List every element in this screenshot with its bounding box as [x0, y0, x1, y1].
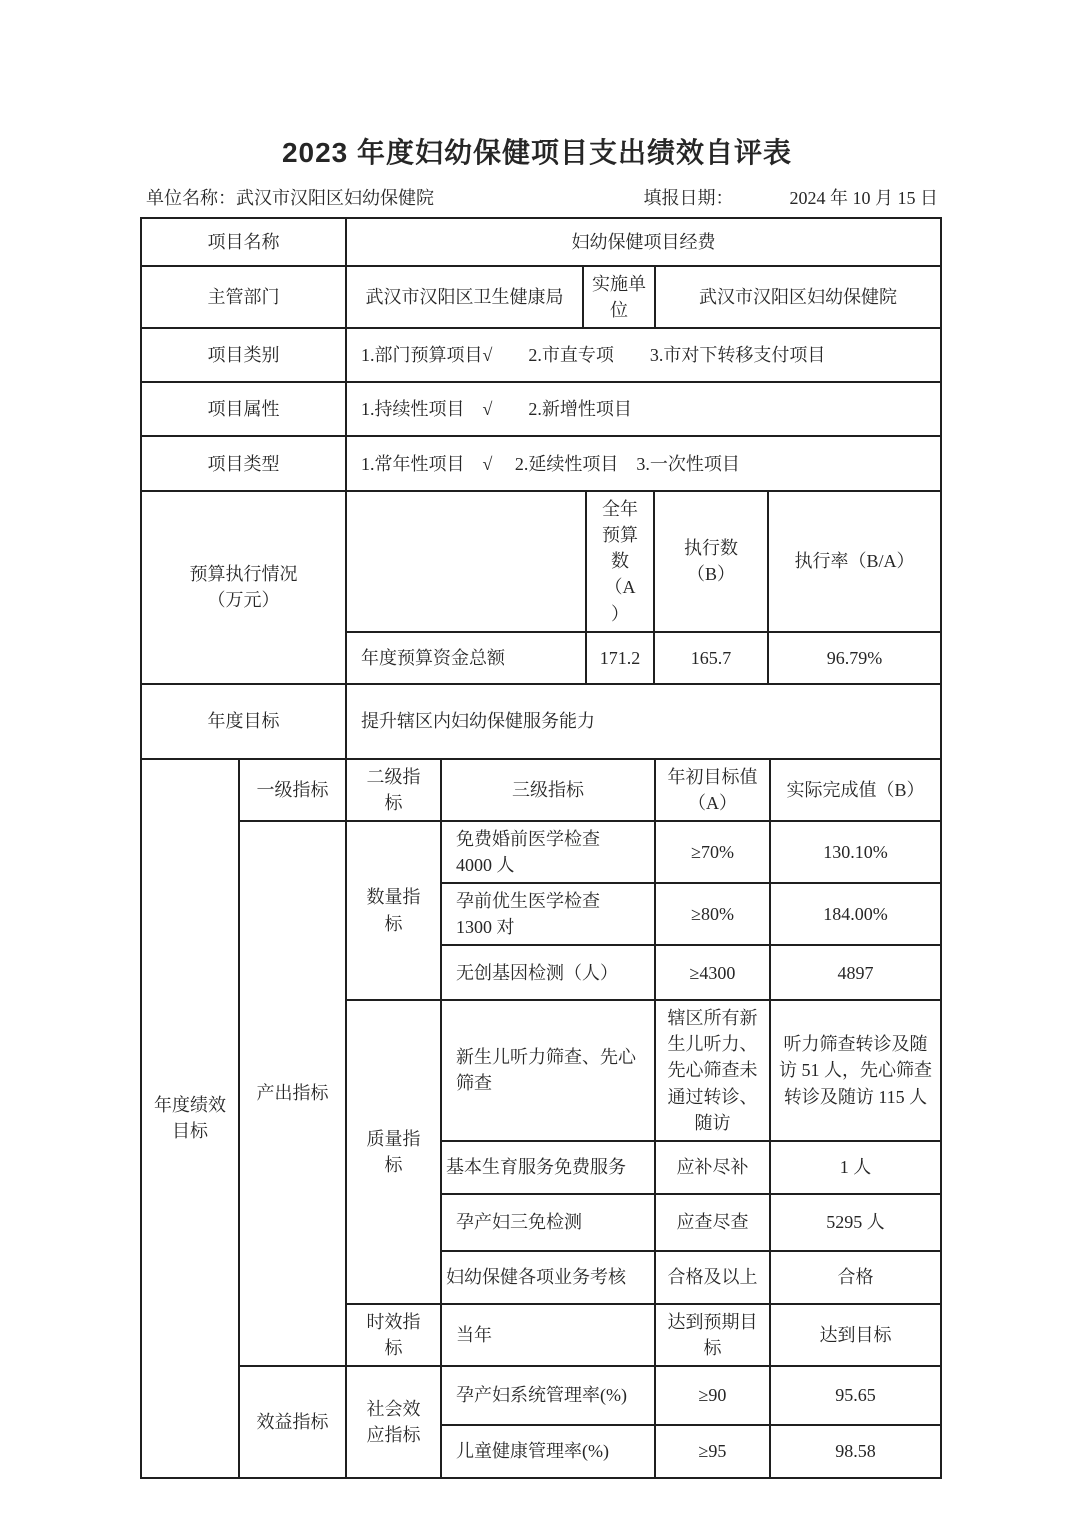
attribute-value-cell: 1.持续性项目 √ 2.新增性项目: [347, 383, 942, 437]
info-line: 单位名称：武汉市汉阳区妇幼保健院 填报日期： 2024 年 10 月 15 日: [146, 184, 938, 210]
project-name-label-cell: 项目名称: [142, 219, 347, 267]
type-label-cell: 项目类型: [142, 437, 347, 492]
indicator-target-cell: ≥70%: [656, 822, 771, 884]
group-quantity-cell: 数量指 标: [347, 822, 442, 1001]
basic-info-table: 项目名称 妇幼保健项目经费 主管部门 武汉市汉阳区卫生健康局 实施单位 武汉市汉…: [142, 219, 942, 492]
impl-label-cell: 实施单位: [584, 267, 656, 329]
budget-rate-value-cell: 96.79%: [769, 633, 942, 685]
header-level1-cell: 一级指标: [240, 760, 347, 822]
category-value-cell: 1.部门预算项目√ 2.市直专项 3.市对下转移支付项目: [347, 329, 942, 383]
report-date-label: 填报日期：: [644, 184, 734, 210]
header-target-cell: 年初目标值 （A）: [656, 760, 771, 822]
indicator-name-cell: 孕产妇系统管理率(%): [442, 1367, 656, 1426]
row-annual-goal: 年度目标 提升辖区内妇幼保健服务能力: [142, 685, 942, 760]
indicator-actual-cell: 听力筛查转诊及随访 51 人，先心筛查转诊及随访 115 人: [771, 1001, 942, 1141]
indicator-actual-cell: 5295 人: [771, 1195, 942, 1252]
row-budget-header: 预算执行情况 （万元） 全年 预算 数 （A ） 执行数 （B） 执行率（B/A…: [142, 492, 942, 632]
indicator-actual-cell: 1 人: [771, 1142, 942, 1195]
indicator-actual-cell: 95.65: [771, 1367, 942, 1426]
page-title: 2023 年度妇幼保健项目支出绩效自评表: [0, 131, 1074, 171]
indicator-name-cell: 新生儿听力筛查、先心 筛查: [442, 1001, 656, 1141]
budget-row-label-cell: 年度预算资金总额: [347, 633, 587, 685]
group-social-cell: 社会效 应指标: [347, 1367, 442, 1479]
budget-annual-value-cell: 171.2: [587, 633, 655, 685]
category-label-cell: 项目类别: [142, 329, 347, 383]
indicator-actual-cell: 130.10%: [771, 822, 942, 884]
row-attribute: 项目属性 1.持续性项目 √ 2.新增性项目: [142, 383, 942, 437]
report-date-group: 填报日期： 2024 年 10 月 15 日: [644, 184, 939, 210]
indicator-target-cell: 应查尽查: [656, 1195, 771, 1252]
annual-goal-value-cell: 提升辖区内妇幼保健服务能力: [347, 685, 942, 760]
indicator-target-cell: 合格及以上: [656, 1252, 771, 1305]
indicator-target-cell: ≥4300: [656, 946, 771, 1001]
budget-section-label-cell: 预算执行情况 （万元）: [142, 492, 347, 684]
indicator-name-cell: 当年: [442, 1305, 656, 1367]
type-value-cell: 1.常年性项目 √ 2.延续性项目 3.一次性项目: [347, 437, 942, 492]
row-project-name: 项目名称 妇幼保健项目经费: [142, 219, 942, 267]
indicator-target-cell: ≥80%: [656, 884, 771, 946]
group-benefit-cell: 效益指标: [240, 1367, 347, 1479]
dept-value-cell: 武汉市汉阳区卫生健康局: [347, 267, 584, 329]
group-quality-cell: 质量指 标: [347, 1001, 442, 1304]
indicator-name-cell: 无创基因检测（人）: [442, 946, 656, 1001]
annual-goal-table: 年度目标 提升辖区内妇幼保健服务能力: [142, 685, 942, 760]
unit-name-label: 单位名称：武汉市汉阳区妇幼保健院: [146, 184, 434, 210]
performance-table: 年度绩效 目标 一级指标 二级指 标 三级指标 年初目标值 （A） 实际完成值（…: [142, 760, 942, 1479]
indicator-target-cell: 应补尽补: [656, 1142, 771, 1195]
report-date-value: 2024 年 10 月 15 日: [790, 184, 939, 210]
row-type: 项目类型 1.常年性项目 √ 2.延续性项目 3.一次性项目: [142, 437, 942, 492]
indicator-target-cell: 达到预期目标: [656, 1305, 771, 1367]
budget-executed-value-cell: 165.7: [655, 633, 769, 685]
self-evaluation-table: 项目名称 妇幼保健项目经费 主管部门 武汉市汉阳区卫生健康局 实施单位 武汉市汉…: [140, 217, 942, 1479]
project-name-value-cell: 妇幼保健项目经费: [347, 219, 942, 267]
document-page: 2023 年度妇幼保健项目支出绩效自评表 单位名称：武汉市汉阳区妇幼保健院 填报…: [0, 0, 1074, 1520]
budget-table: 预算执行情况 （万元） 全年 预算 数 （A ） 执行数 （B） 执行率（B/A…: [142, 492, 942, 684]
budget-executed-header-cell: 执行数 （B）: [655, 492, 769, 632]
row-indicator-header: 年度绩效 目标 一级指标 二级指 标 三级指标 年初目标值 （A） 实际完成值（…: [142, 760, 942, 822]
indicator-target-cell: ≥90: [656, 1367, 771, 1426]
indicator-actual-cell: 4897: [771, 946, 942, 1001]
row-category: 项目类别 1.部门预算项目√ 2.市直专项 3.市对下转移支付项目: [142, 329, 942, 383]
indicator-name-cell: 基本生育服务免费服务: [442, 1142, 656, 1195]
indicator-name-cell: 妇幼保健各项业务考核: [442, 1252, 656, 1305]
budget-annual-header-cell: 全年 预算 数 （A ）: [587, 492, 655, 632]
budget-desc-empty-cell: [347, 492, 587, 632]
date-gap-spacer: [734, 184, 790, 210]
indicator-actual-cell: 合格: [771, 1252, 942, 1305]
attribute-label-cell: 项目属性: [142, 383, 347, 437]
performance-section-label-cell: 年度绩效 目标: [142, 760, 240, 1479]
impl-value-cell: 武汉市汉阳区妇幼保健院: [656, 267, 942, 329]
indicator-target-cell: 辖区所有新生儿听力、先心筛查未通过转诊、随访: [656, 1001, 771, 1141]
indicator-actual-cell: 184.00%: [771, 884, 942, 946]
group-output-cell: 产出指标: [240, 822, 347, 1367]
indicator-row: 产出指标 数量指 标 免费婚前医学检查 4000 人 ≥70% 130.10%: [142, 822, 942, 884]
budget-rate-header-cell: 执行率（B/A）: [769, 492, 942, 632]
indicator-row: 效益指标 社会效 应指标 孕产妇系统管理率(%) ≥90 95.65: [142, 1367, 942, 1426]
indicator-name-cell: 免费婚前医学检查 4000 人: [442, 822, 656, 884]
indicator-name-cell: 儿童健康管理率(%): [442, 1426, 656, 1479]
indicator-name-cell: 孕前优生医学检查 1300 对: [442, 884, 656, 946]
dept-label-cell: 主管部门: [142, 267, 347, 329]
indicator-target-cell: ≥95: [656, 1426, 771, 1479]
header-level2-cell: 二级指 标: [347, 760, 442, 822]
annual-goal-label-cell: 年度目标: [142, 685, 347, 760]
indicator-actual-cell: 98.58: [771, 1426, 942, 1479]
header-actual-cell: 实际完成值（B）: [771, 760, 942, 822]
indicator-name-cell: 孕产妇三免检测: [442, 1195, 656, 1252]
group-timeliness-cell: 时效指 标: [347, 1305, 442, 1367]
indicator-actual-cell: 达到目标: [771, 1305, 942, 1367]
row-dept: 主管部门 武汉市汉阳区卫生健康局 实施单位 武汉市汉阳区妇幼保健院: [142, 267, 942, 329]
header-level3-cell: 三级指标: [442, 760, 656, 822]
